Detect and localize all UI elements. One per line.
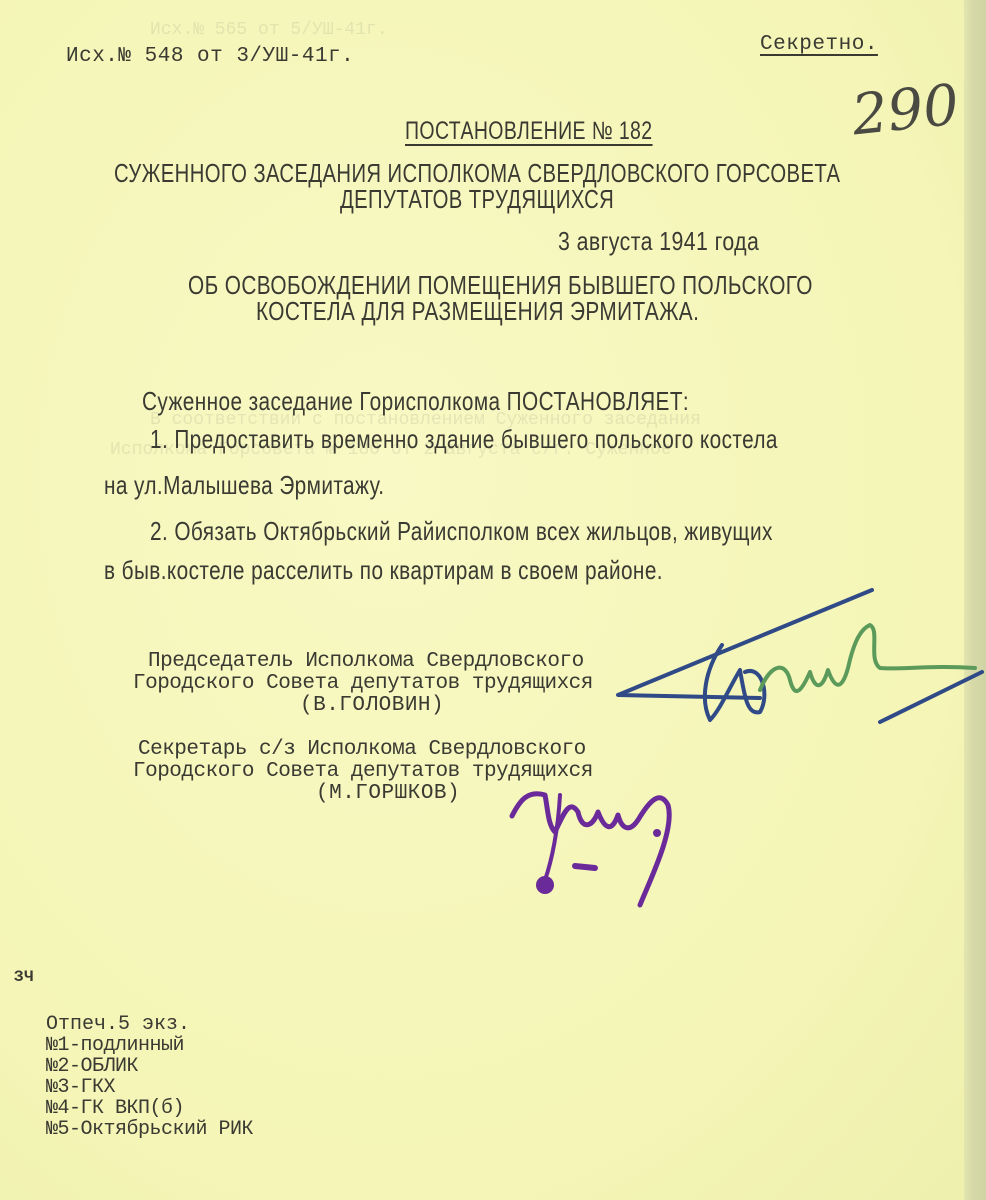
typist-initials: ЗЧ (14, 968, 34, 986)
document-date: 3 августа 1941 года (558, 226, 759, 257)
chairman-title-line-2: Городского Совета депутатов трудящихся (133, 672, 593, 695)
page-edge (964, 0, 986, 1200)
document-type-heading: ПОСТАНОВЛЕНИЕ № 182 (405, 117, 653, 146)
subject-line-2: КОСТЕЛА ДЛЯ РАЗМЕЩЕНИЯ ЭРМИТАЖА. (256, 296, 699, 327)
distribution-item: №4-ГК ВКП(б) (46, 1097, 184, 1120)
distribution-item: №1-подлинный (46, 1034, 184, 1057)
distribution-item: №2-ОБЛИК (46, 1055, 138, 1078)
chairman-name: (В.ГОЛОВИН) (300, 694, 444, 717)
secretary-title-line-1: Секретарь с/з Исполкома Свердловского (138, 738, 586, 761)
issuer-line-2: ДЕПУТАТОВ ТРУДЯЩИХСЯ (340, 184, 614, 215)
resolution-item-1-line-1: 1. Предоставить временно здание бывшего … (150, 424, 778, 455)
copies-count: Отпеч.5 экз. (46, 1013, 190, 1036)
outgoing-reference: Исх.№ 548 от 3/УШ-41г. (66, 45, 354, 68)
secretary-name: (М.ГОРШКОВ) (316, 782, 460, 805)
resolution-item-2-line-2: в быв.костеле расселить по квартирам в с… (104, 555, 663, 586)
resolution-item-1-line-2: на ул.Малышева Эрмитажу. (104, 470, 384, 501)
resolution-item-2-line-1: 2. Обязать Октябрьский Райисполком всех … (150, 516, 773, 547)
distribution-item: №3-ГКХ (46, 1076, 115, 1099)
secretary-title-line-2: Городского Совета депутатов трудящихся (133, 760, 593, 783)
handwritten-archive-number: 290 (849, 73, 962, 149)
resolution-preamble: Суженное заседание Горисполкома ПОСТАНОВ… (142, 386, 689, 417)
chairman-title-line-1: Председатель Исполкома Свердловского (148, 650, 584, 673)
classification-stamp: Секретно. (760, 33, 878, 56)
distribution-item: №5-Октябрьский РИК (46, 1118, 253, 1141)
document-type: ПОСТАНОВЛЕНИЕ № 182 (405, 117, 653, 145)
bleed-through-text: Исх.№ 565 от 5/УШ-41г. (150, 20, 388, 40)
